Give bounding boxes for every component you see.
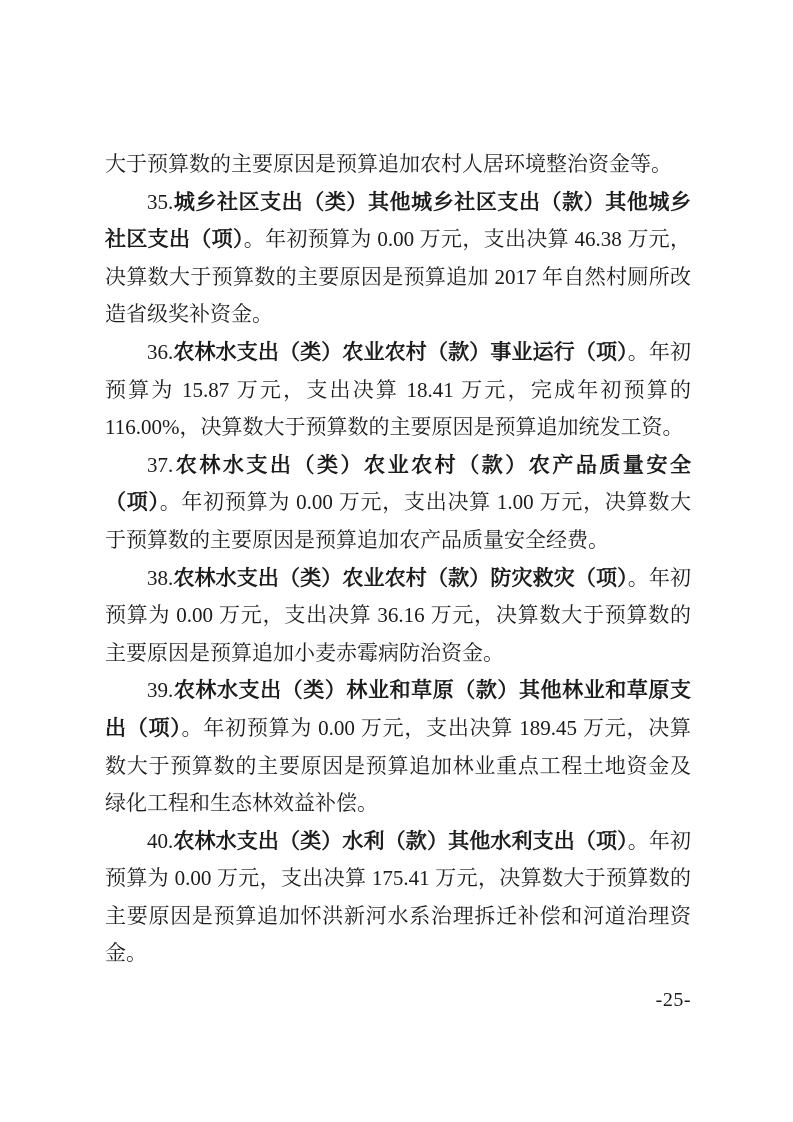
paragraph-text: 。年初预算为 0.00 万元，支出决算 1.00 万元，决算数大于预算数的主要原…: [105, 490, 691, 552]
paragraph: 35.城乡社区支出（类）其他城乡社区支出（款）其他城乡社区支出（项）。年初预算为…: [105, 184, 691, 334]
paragraph-text: 39.: [147, 678, 173, 702]
paragraph-text: 37.: [147, 453, 173, 477]
paragraph: 38.农林水支出（类）农业农村（款）防灾救灾（项）。年初预算为 0.00 万元，…: [105, 560, 691, 673]
paragraph: 40.农林水支出（类）水利（款）其他水利支出（项）。年初预算为 0.00 万元，…: [105, 823, 691, 973]
paragraph: 37.农林水支出（类）农业农村（款）农产品质量安全（项）。年初预算为 0.00 …: [105, 447, 691, 560]
expense-item-title: 农林水支出（类）水利（款）其他水利支出（项）: [173, 829, 628, 853]
document-page: 大于预算数的主要原因是预算追加农村人居环境整治资金等。35.城乡社区支出（类）其…: [0, 0, 793, 1122]
paragraph: 36.农林水支出（类）农业农村（款）事业运行（项）。年初预算为 15.87 万元…: [105, 334, 691, 447]
page-number: -25-: [656, 988, 691, 1012]
expense-item-title: 农林水支出（类）农业农村（款）防灾救灾（项）: [173, 566, 628, 590]
paragraph: 39.农林水支出（类）林业和草原（款）其他林业和草原支出（项）。年初预算为 0.…: [105, 672, 691, 822]
paragraph-text: 35.: [147, 190, 173, 214]
paragraph: 大于预算数的主要原因是预算追加农村人居环境整治资金等。: [105, 146, 691, 184]
paragraph-text: 大于预算数的主要原因是预算追加农村人居环境整治资金等。: [105, 152, 672, 176]
paragraph-text: 36.: [147, 340, 173, 364]
expense-item-title: 农林水支出（类）农业农村（款）事业运行（项）: [173, 340, 628, 364]
paragraph-text: 40.: [147, 829, 173, 853]
paragraph-text: 38.: [147, 566, 173, 590]
paragraph-text: 。年初预算为 0.00 万元，支出决算 189.45 万元，决算数大于预算数的主…: [105, 716, 691, 815]
document-body: 大于预算数的主要原因是预算追加农村人居环境整治资金等。35.城乡社区支出（类）其…: [105, 146, 691, 973]
